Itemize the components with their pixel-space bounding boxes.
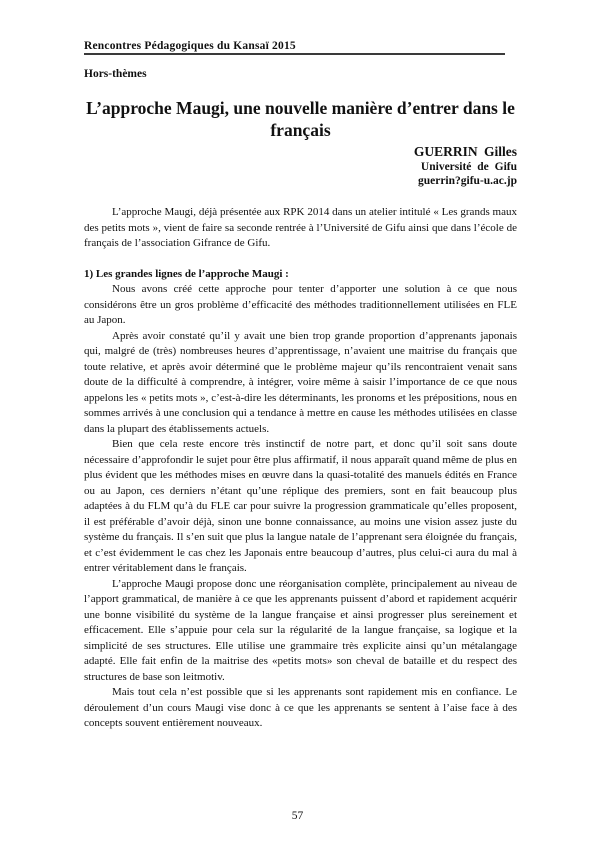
article-title: L’approche Maugi, une nouvelle manière d…: [84, 97, 517, 141]
paragraph-4: L’approche Maugi propose donc une réorga…: [84, 577, 517, 686]
author-affiliation: Université de Gifu: [84, 160, 517, 174]
author-block: GUERRIN Gilles Université de Gifu guerri…: [84, 144, 517, 188]
author-email: guerrin?gifu-u.ac.jp: [84, 174, 517, 188]
page-number: 57: [0, 810, 595, 822]
paragraph-1: Nous avons créé cette approche pour tent…: [84, 282, 517, 329]
document-page: Rencontres Pédagogiques du Kansaï 2015 H…: [0, 0, 595, 842]
intro-paragraph: L’approche Maugi, déjà présentée aux RPK…: [84, 205, 517, 252]
paragraph-3: Bien que cela reste encore très instinct…: [84, 437, 517, 577]
section-heading: 1) Les grandes lignes de l’approche Maug…: [84, 267, 517, 283]
page-content: Rencontres Pédagogiques du Kansaï 2015 H…: [84, 0, 517, 732]
paragraph-2: Après avoir constaté qu’il y avait une b…: [84, 329, 517, 438]
category-label: Hors-thèmes: [84, 68, 517, 80]
running-header: Rencontres Pédagogiques du Kansaï 2015: [84, 40, 505, 55]
author-name: GUERRIN Gilles: [84, 144, 517, 160]
article-body: L’approche Maugi, déjà présentée aux RPK…: [84, 205, 517, 732]
running-header-text: Rencontres Pédagogiques du Kansaï 2015: [84, 40, 296, 52]
paragraph-5: Mais tout cela n’est possible que si les…: [84, 685, 517, 732]
